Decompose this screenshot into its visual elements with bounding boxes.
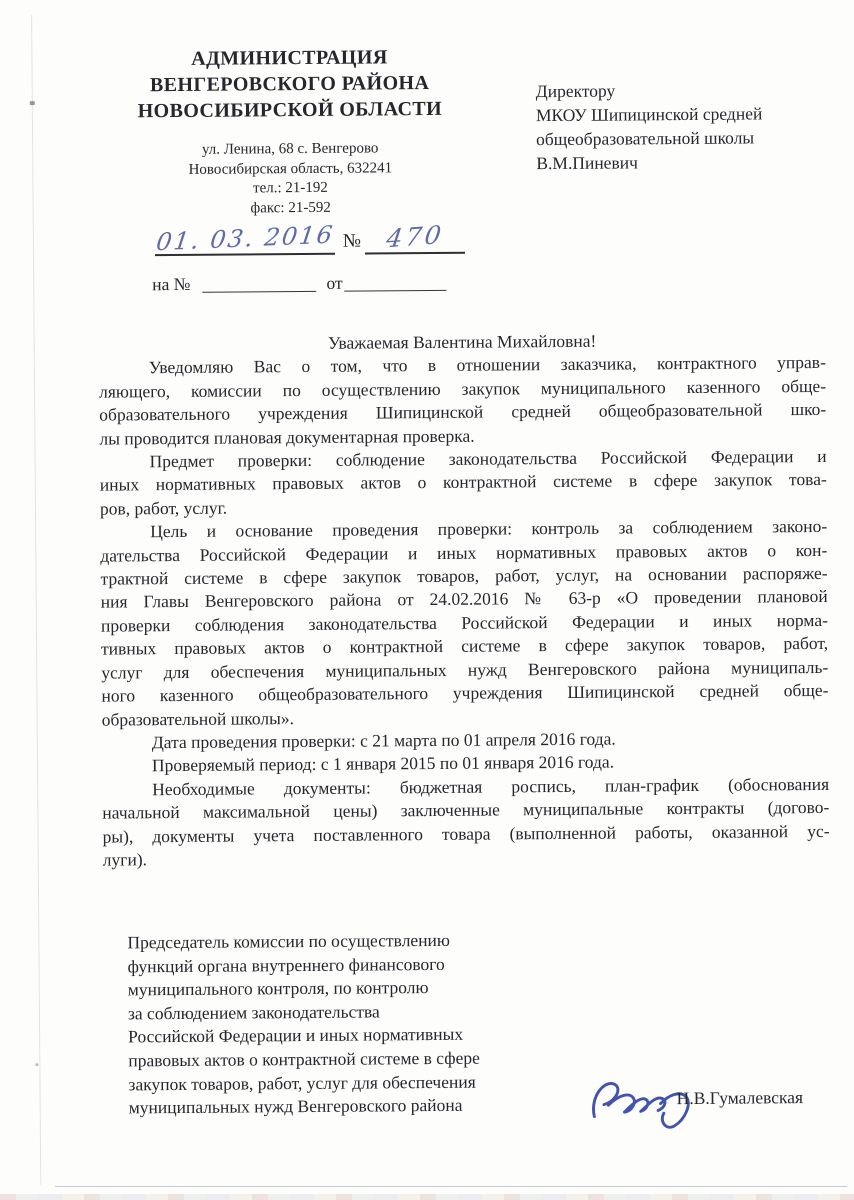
- signature-title-block: Председатель комиссии по осуществлениюфу…: [127, 928, 598, 1120]
- recipient-lines: ДиректоруМКОУ Шипицинской среднейобщеобр…: [536, 77, 763, 175]
- recipient-line: В.М.Пиневич: [536, 149, 763, 175]
- reply-from-label: от: [326, 273, 342, 294]
- outgoing-number-handwritten: 470: [384, 220, 445, 253]
- scan-speck: [30, 101, 35, 105]
- signature-title-line: муниципальных нужд Венгеровского района: [129, 1093, 599, 1120]
- body-paragraph: Уведомляю Вас о том, что в отношении зак…: [99, 351, 827, 450]
- org-name-line: ВЕНГЕРОВСКОГО РАЙОНА: [64, 69, 516, 99]
- recipient-line: Директору: [536, 77, 763, 103]
- reply-reference-line: на № от: [152, 272, 447, 295]
- recipient-block: ДиректоруМКОУ Шипицинской среднейобщеобр…: [536, 77, 763, 175]
- outgoing-number-field: 470: [365, 222, 465, 255]
- org-address: ул. Ленина, 68 с. ВенгеровоНовосибирская…: [64, 138, 517, 220]
- signer-name: Н.В.Гумалевская: [677, 1087, 804, 1109]
- body-paragraphs: Уведомляю Вас о том, что в отношении зак…: [99, 351, 830, 872]
- body-paragraph: Необходимые документы: бюджетная роспись…: [102, 773, 830, 872]
- outgoing-date-handwritten: 01. 03. 2016: [154, 221, 335, 257]
- reply-date-blank: [345, 276, 447, 292]
- org-address-line: факс: 21-592: [65, 197, 517, 220]
- org-name: АДМИНИСТРАЦИЯВЕНГЕРОВСКОГО РАЙОНАНОВОСИБ…: [63, 43, 516, 125]
- recipient-line: общеобразовательной школы: [536, 125, 763, 151]
- number-sign: №: [343, 231, 361, 253]
- scan-speck: [35, 1063, 38, 1066]
- scanned-letter-page: { "letterhead": { "org_lines": [ "АДМИНИ…: [0, 0, 854, 1200]
- outgoing-reference-line: 01. 03. 2016 № 470: [155, 222, 465, 256]
- letter-body: Уважаемая Валентина Михайловна! Уведомля…: [99, 328, 830, 872]
- letterhead: АДМИНИСТРАЦИЯВЕНГЕРОВСКОГО РАЙОНАНОВОСИБ…: [63, 43, 516, 220]
- reply-prefix-label: на №: [152, 274, 190, 295]
- scan-edge-line: [31, 15, 41, 1185]
- outgoing-date-field: 01. 03. 2016: [155, 224, 335, 256]
- body-paragraph: Предмет проверки: соблюдение законодател…: [100, 445, 828, 521]
- scanned-page-content: АДМИНИСТРАЦИЯВЕНГЕРОВСКОГО РАЙОНАНОВОСИБ…: [0, 0, 854, 1200]
- scan-bottom-line: [55, 1186, 847, 1187]
- scan-bottom-noise: [0, 1194, 854, 1200]
- recipient-line: МКОУ Шипицинской средней: [536, 101, 763, 127]
- signature-title-lines: Председатель комиссии по осуществлениюфу…: [127, 928, 598, 1120]
- reply-number-blank: [202, 277, 316, 293]
- org-name-line: НОВОСИБИРСКОЙ ОБЛАСТИ: [64, 95, 516, 125]
- body-paragraph: Цель и основание проведения проверки: ко…: [100, 515, 829, 731]
- org-name-line: АДМИНИСТРАЦИЯ: [63, 43, 515, 73]
